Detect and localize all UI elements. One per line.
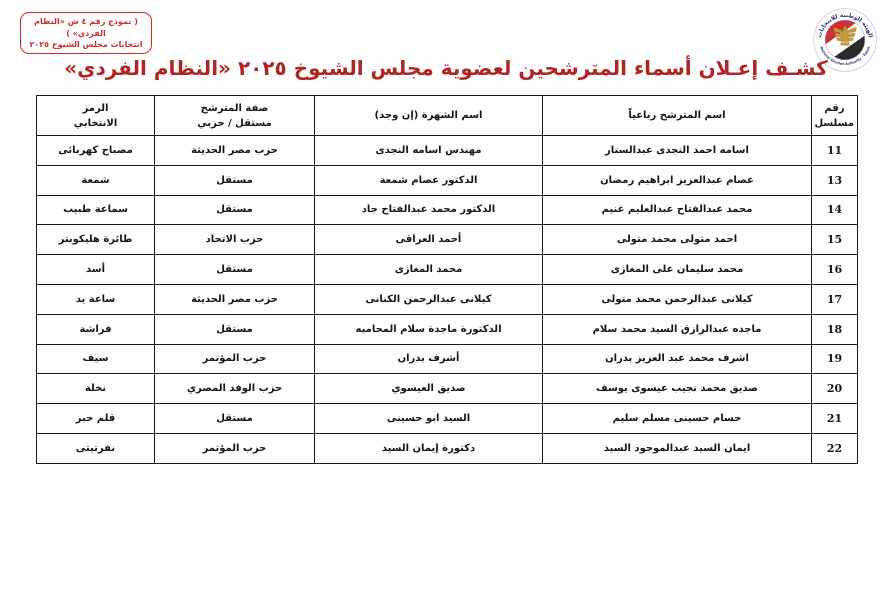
cell-capacity: حزب المؤتمر (155, 433, 315, 463)
cell-full-name: محمد عبدالفتاح عبدالعليم غنيم (543, 195, 812, 225)
cell-full-name: حسام حسينى مسلم سليم (543, 404, 812, 434)
page-title: كشـف إعـلان أسماء المترشحين لعضوية مجلس … (0, 56, 892, 80)
cell-serial: 16 (812, 255, 858, 285)
cell-symbol: نخلة (37, 374, 155, 404)
cell-capacity: مستقل (155, 195, 315, 225)
cell-known-as: أحمد العراقى (315, 225, 543, 255)
col-header-capacity-line2: مستقل / حزبي (197, 118, 272, 129)
cell-symbol: نفرتيتى (37, 433, 155, 463)
cell-symbol: طائرة هليكوبتر (37, 225, 155, 255)
table-row: 11 اسامه احمد النجدى عبدالستار مهندس اسا… (37, 136, 858, 166)
table-row: 13 عصام عبدالعزيز ابراهيم رمضان الدكتور … (37, 165, 858, 195)
cell-serial: 11 (812, 136, 858, 166)
table-row: 18 ماجده عبدالرازق السيد محمد سلام الدكت… (37, 314, 858, 344)
cell-full-name: اشرف محمد عبد العزيز بدران (543, 344, 812, 374)
col-header-known-as: اسم الشهرة (إن وجد) (315, 96, 543, 136)
table-row: 21 حسام حسينى مسلم سليم السيد ابو حسينى … (37, 404, 858, 434)
cell-known-as: دكتورة إيمان السيد (315, 433, 543, 463)
cell-full-name: صديق محمد نجيب عيسوى يوسف (543, 374, 812, 404)
col-header-symbol-line1: الرمز (83, 103, 109, 114)
scanned-document-page: { "header": { "form_stamp": { "line1": "… (0, 0, 892, 600)
cell-serial: 17 (812, 284, 858, 314)
cell-capacity: حزب الاتحاد (155, 225, 315, 255)
cell-known-as: السيد ابو حسينى (315, 404, 543, 434)
cell-serial: 22 (812, 433, 858, 463)
table-row: 20 صديق محمد نجيب عيسوى يوسف صديق العيسو… (37, 374, 858, 404)
cell-known-as: الدكتورة ماجدة سلام المحاميه (315, 314, 543, 344)
col-header-serial: رقممسلسل (812, 96, 858, 136)
candidates-table: رقممسلسل اسم المترشح رباعياً اسم الشهرة … (36, 95, 858, 464)
cell-capacity: مستقل (155, 255, 315, 285)
cell-symbol: سيف (37, 344, 155, 374)
cell-known-as: الدكتور عصام شمعة (315, 165, 543, 195)
cell-known-as: مهندس اسامه النجدى (315, 136, 543, 166)
cell-full-name: ايمان السيد عبدالموجود السيد (543, 433, 812, 463)
table-row: 22 ايمان السيد عبدالموجود السيد دكتورة إ… (37, 433, 858, 463)
cell-full-name: عصام عبدالعزيز ابراهيم رمضان (543, 165, 812, 195)
cell-full-name: محمد سليمان على المغازى (543, 255, 812, 285)
cell-serial: 20 (812, 374, 858, 404)
form-stamp-line1: ( نموذج رقم ٤ ش «النظام الفردي» ) (25, 16, 147, 39)
col-header-capacity-line1: صفة المترشح (201, 103, 269, 114)
cell-capacity: حزب مصر الحديثة (155, 284, 315, 314)
table-header-row: رقممسلسل اسم المترشح رباعياً اسم الشهرة … (37, 96, 858, 136)
cell-known-as: الدكتور محمد عبدالفتاح جاد (315, 195, 543, 225)
cell-capacity: حزب مصر الحديثة (155, 136, 315, 166)
cell-capacity: حزب الوفد المصري (155, 374, 315, 404)
table-row: 17 كيلانى عبدالرحمن محمد متولى كيلانى عب… (37, 284, 858, 314)
cell-known-as: محمد المغازى (315, 255, 543, 285)
cell-serial: 14 (812, 195, 858, 225)
cell-capacity: مستقل (155, 314, 315, 344)
col-header-full-name: اسم المترشح رباعياً (543, 96, 812, 136)
cell-symbol: ساعة يد (37, 284, 155, 314)
cell-capacity: مستقل (155, 404, 315, 434)
cell-symbol: فراشة (37, 314, 155, 344)
cell-serial: 21 (812, 404, 858, 434)
cell-full-name: ماجده عبدالرازق السيد محمد سلام (543, 314, 812, 344)
form-number-stamp: ( نموذج رقم ٤ ش «النظام الفردي» ) انتخاب… (20, 12, 152, 54)
table-row: 15 احمد متولى محمد متولى أحمد العراقى حز… (37, 225, 858, 255)
cell-known-as: صديق العيسوي (315, 374, 543, 404)
cell-symbol: أسد (37, 255, 155, 285)
table-row: 19 اشرف محمد عبد العزيز بدران أشرف بدران… (37, 344, 858, 374)
cell-full-name: احمد متولى محمد متولى (543, 225, 812, 255)
cell-symbol: شمعة (37, 165, 155, 195)
cell-serial: 13 (812, 165, 858, 195)
cell-symbol: قلم حبر (37, 404, 155, 434)
col-header-symbol: الرمزالانتخابي (37, 96, 155, 136)
col-header-symbol-line2: الانتخابي (74, 118, 118, 129)
table-row: 16 محمد سليمان على المغازى محمد المغازى … (37, 255, 858, 285)
col-header-capacity: صفة المترشحمستقل / حزبي (155, 96, 315, 136)
cell-full-name: اسامه احمد النجدى عبدالستار (543, 136, 812, 166)
cell-serial: 19 (812, 344, 858, 374)
cell-known-as: كيلانى عبدالرحمن الكنانى (315, 284, 543, 314)
cell-capacity: مستقل (155, 165, 315, 195)
cell-symbol: مصباح كهربائى (37, 136, 155, 166)
col-header-serial-line2: مسلسل (814, 118, 854, 129)
col-header-serial-line1: رقم (824, 103, 844, 114)
cell-serial: 18 (812, 314, 858, 344)
form-stamp-line2: انتخابات مجلس الشيوخ ٢٠٢٥ (25, 39, 147, 51)
cell-serial: 15 (812, 225, 858, 255)
cell-symbol: سماعة طبيب (37, 195, 155, 225)
cell-capacity: حزب المؤتمر (155, 344, 315, 374)
cell-known-as: أشرف بدران (315, 344, 543, 374)
table-row: 14 محمد عبدالفتاح عبدالعليم غنيم الدكتور… (37, 195, 858, 225)
cell-full-name: كيلانى عبدالرحمن محمد متولى (543, 284, 812, 314)
